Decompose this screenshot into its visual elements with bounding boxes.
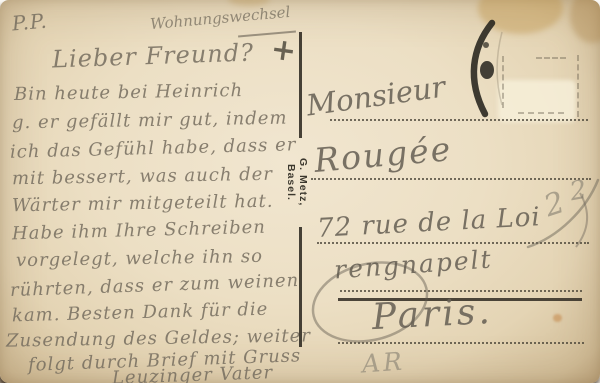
message-line: mit bessert, was auch der (12, 166, 273, 189)
divider-line-top (299, 32, 302, 138)
message-line: vorgelegt, welche ihn so (16, 248, 263, 270)
pencil-flourish-icon (520, 175, 600, 255)
stamp-outline-icon (536, 57, 566, 59)
stamp-outline-icon (577, 55, 579, 117)
message-line: rührten, dass er zum weinen (10, 272, 300, 300)
publisher-imprint: G. Metz, Basel. (291, 140, 309, 224)
address-line-street: 72 rue de la Loi (316, 204, 541, 242)
franking-mark: P.P. (11, 10, 48, 33)
postmark-icon (462, 20, 512, 120)
stamp-outline-icon (518, 112, 564, 114)
paris-flourish-icon (305, 255, 445, 350)
message-line: g. er gefällt mir gut, indem (12, 110, 288, 133)
salutation: Lieber Freund? (52, 40, 255, 71)
message-line: ich das Gefühl habe, dass er (10, 136, 297, 161)
top-annotation: Wohnungswechsel (150, 5, 291, 32)
pencil-note-ar: AR (361, 349, 406, 377)
stain-speck (553, 314, 562, 322)
divider-line-bottom (299, 227, 302, 347)
stain-top-edge-right (570, 0, 600, 43)
cross-mark: + (269, 31, 299, 69)
address-rule-1 (330, 119, 588, 121)
message-line: Bin heute bei Heinrich (14, 82, 243, 104)
message-line: kam. Besten Dank für die (12, 301, 269, 326)
address-line-recipient-name: Rougée (313, 132, 454, 177)
signature: Leuzinger Vater (112, 364, 274, 383)
postcard-back: P.P. Wohnungswechsel + Lieber Freund? Bi… (0, 0, 600, 383)
message-line: Wärter mir mitgeteilt hat. (12, 193, 274, 216)
address-line-recipient-title: Monsieur (305, 72, 447, 120)
message-line: Habe ihm Ihre Schreiben (12, 219, 266, 244)
